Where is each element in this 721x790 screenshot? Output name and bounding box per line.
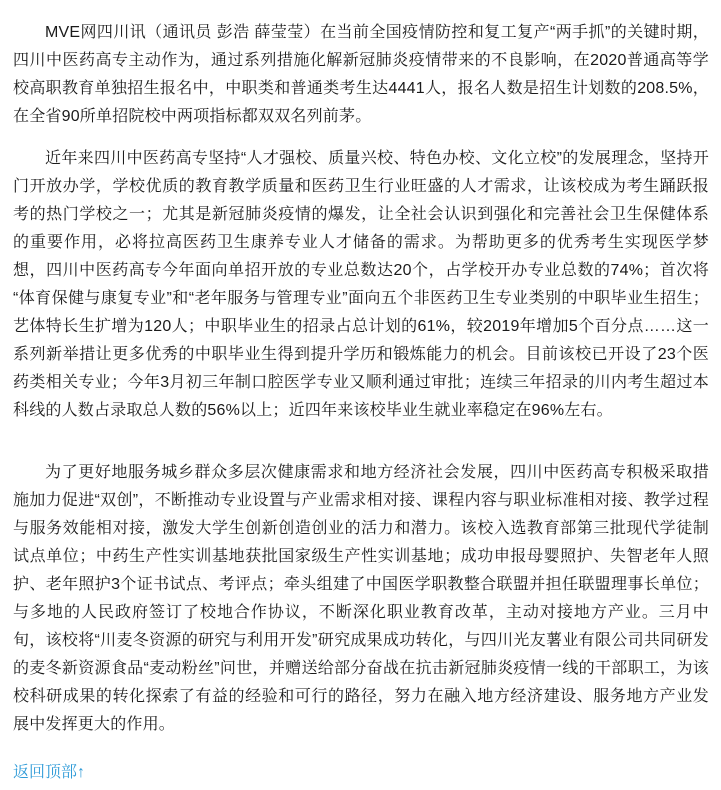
article-body: MVE网四川讯（通讯员 彭浩 薛莹莹）在当前全国疫情防控和复工复产“两手抓”的关… bbox=[0, 0, 721, 787]
article-paragraph-enrollment: 近年来四川中医药高专坚持“人才强校、质量兴校、特色办校、文化立校”的发展理念，坚… bbox=[13, 145, 709, 425]
article-paragraph-intro: MVE网四川讯（通讯员 彭浩 薛莹莹）在当前全国疫情防控和复工复产“两手抓”的关… bbox=[13, 19, 709, 131]
back-to-top-link[interactable]: 返回顶部↑ bbox=[13, 763, 85, 783]
article-paragraph-development: 为了更好地服务城乡群众多层次健康需求和地方经济社会发展，四川中医药高专积极采取措… bbox=[13, 459, 709, 739]
